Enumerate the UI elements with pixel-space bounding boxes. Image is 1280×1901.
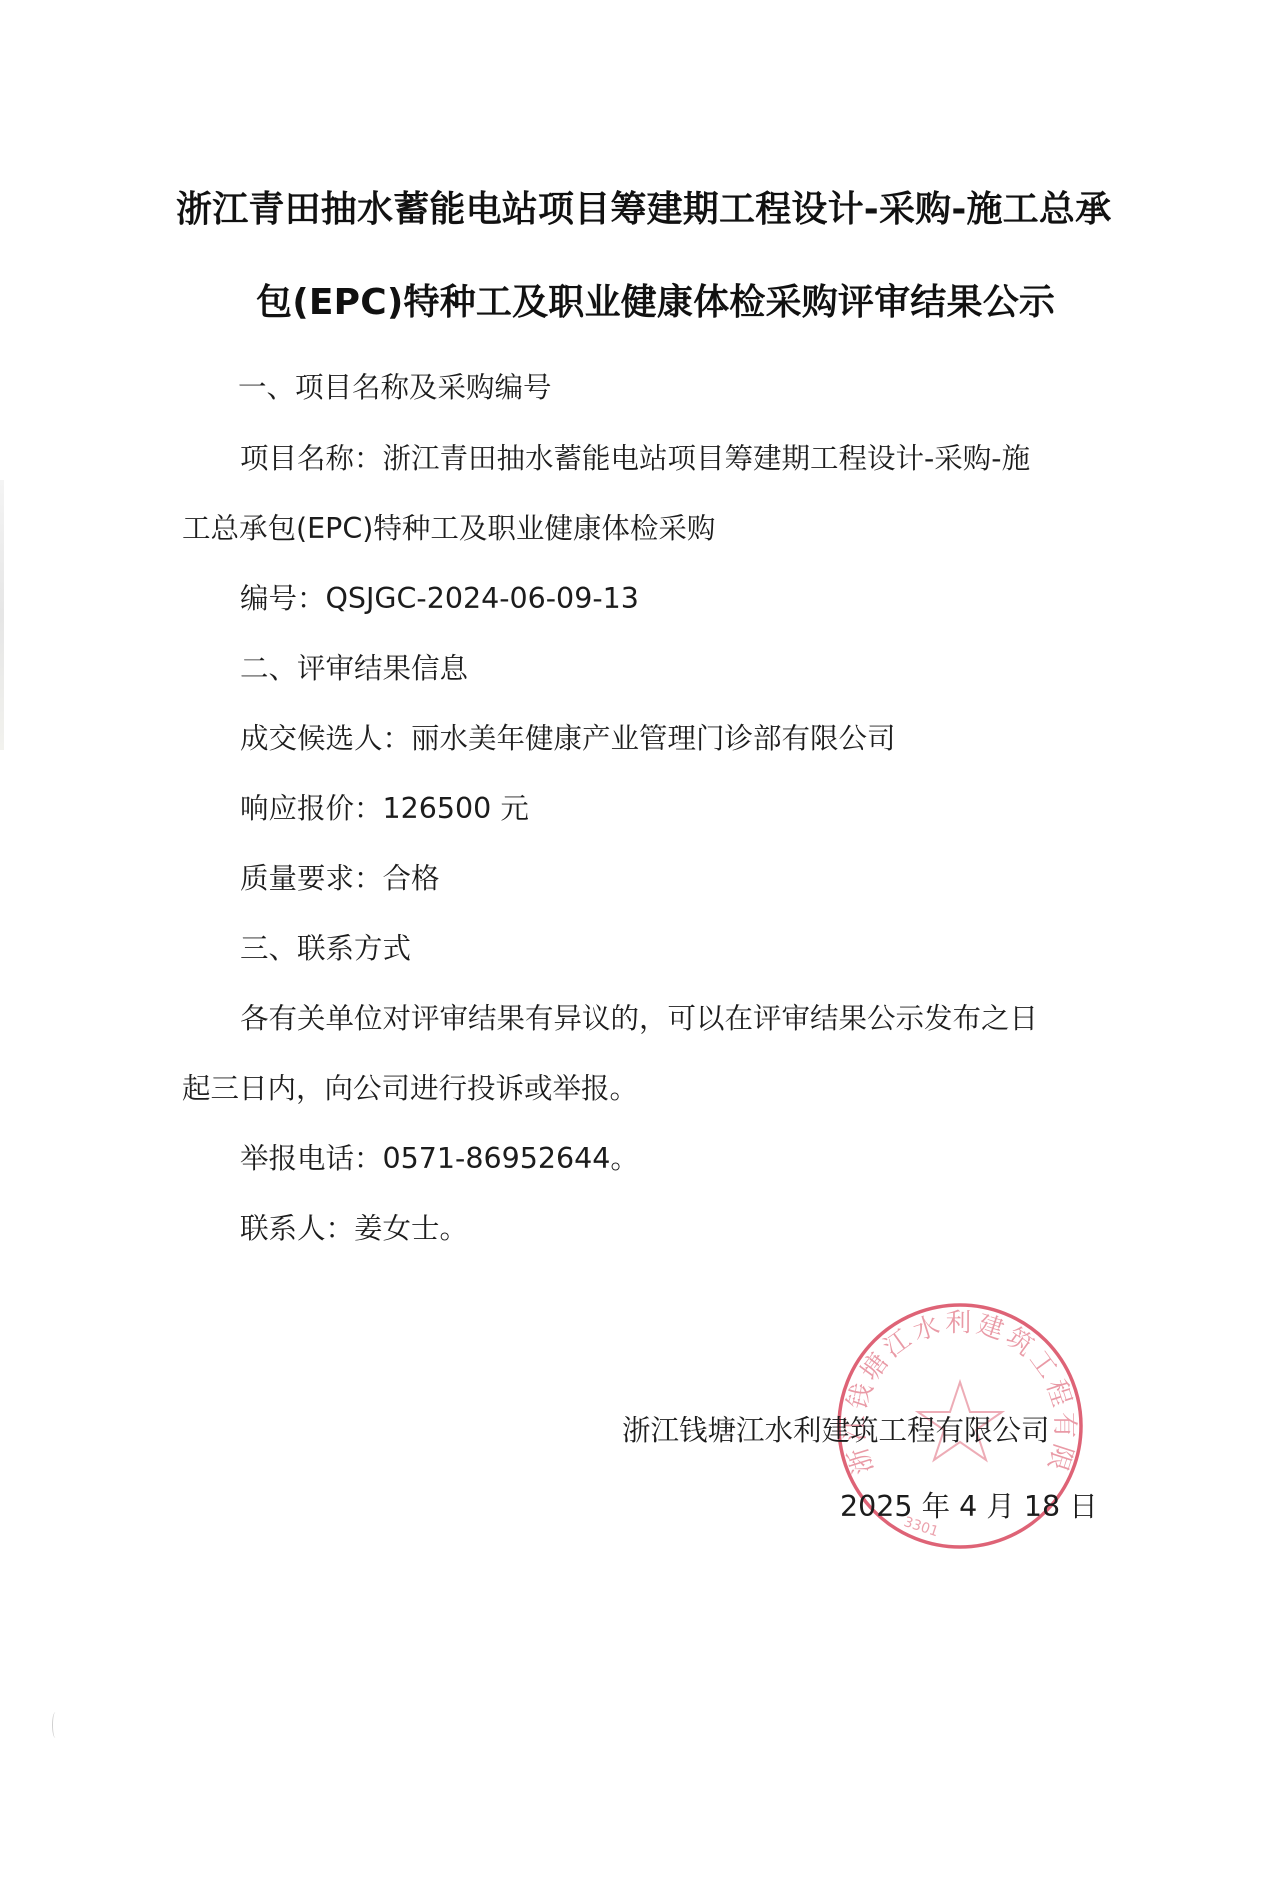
project-name-line2: 工总承包(EPC)特种工及职业健康体检采购	[182, 512, 715, 546]
quality-requirement: 质量要求：合格	[240, 862, 440, 896]
signature-company: 浙江钱塘江水利建筑工程有限公司	[622, 1414, 1050, 1448]
objection-notice-line1: 各有关单位对评审结果有异议的，可以在评审结果公示发布之日	[240, 1002, 1038, 1036]
document-title-line1: 浙江青田抽水蓄能电站项目筹建期工程设计-采购-施工总承	[176, 190, 1111, 230]
document-title-line2: 包(EPC)特种工及职业健康体检采购评审结果公示	[256, 283, 1055, 323]
report-phone: 举报电话：0571-86952644。	[240, 1142, 639, 1176]
winning-candidate: 成交候选人：丽水美年健康产业管理门诊部有限公司	[240, 722, 896, 756]
scan-mark-artifact	[52, 1712, 59, 1738]
procurement-number: 编号：QSJGC-2024-06-09-13	[240, 582, 639, 616]
section3-heading: 三、联系方式	[240, 932, 411, 966]
scan-edge-artifact	[0, 480, 4, 750]
project-name-line1: 项目名称：浙江青田抽水蓄能电站项目筹建期工程设计-采购-施	[240, 442, 1030, 476]
section1-heading: 一、项目名称及采购编号	[238, 371, 552, 405]
objection-notice-line2: 起三日内，向公司进行投诉或举报。	[182, 1072, 638, 1106]
contact-person: 联系人：姜女士。	[240, 1212, 468, 1246]
response-price: 响应报价：126500 元	[240, 792, 529, 826]
section2-heading: 二、评审结果信息	[240, 652, 468, 686]
svg-text:浙江钱塘江水利建筑工程有限公司: 浙江钱塘江水利建筑工程有限公司	[834, 1300, 1079, 1478]
signature-date: 2025 年 4 月 18 日	[840, 1490, 1098, 1524]
